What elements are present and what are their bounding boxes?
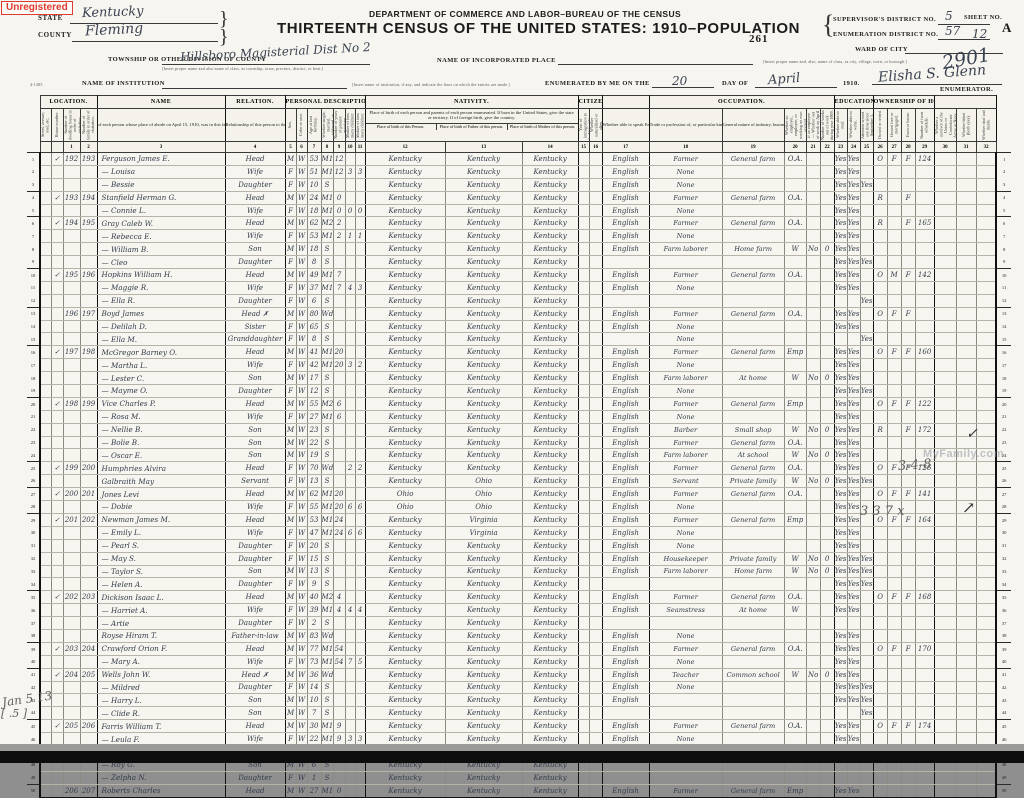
cell-attended-school (860, 346, 873, 359)
cell-farm-house (901, 165, 915, 178)
cell-birthplace: Kentucky (365, 281, 445, 294)
cell-free-mortgaged (887, 629, 901, 642)
cell-farm-schedule: 124 (915, 153, 934, 166)
line-number-right: 6 (996, 217, 1011, 230)
col-occupation-note: Trade or profession of, or particular ki… (649, 109, 722, 142)
cell-farm-schedule (915, 281, 934, 294)
cell-farm-schedule: 165 (915, 217, 934, 230)
cell-occupation: Farmer (649, 307, 722, 320)
cell-years-married: 20 (333, 359, 345, 372)
cell-house-check: ✓ (51, 488, 63, 501)
cell-occupation: None (649, 539, 722, 552)
cell-age: 15 (307, 552, 321, 565)
cell-sex: M (285, 153, 296, 166)
cell-can-read: Yes (834, 501, 847, 514)
cell-can-read: Yes (834, 475, 847, 488)
census-row: 4 ✓ 193 194 Stanfield Herman G. Head M W… (27, 191, 1011, 204)
column-number (27, 142, 40, 153)
cell-farm-house (901, 204, 915, 217)
cell-employment-class: O.A. (784, 307, 806, 320)
cell-blind (956, 578, 976, 591)
cell-age: 24 (307, 191, 321, 204)
cell-deaf (976, 204, 996, 217)
cell-free-mortgaged (887, 256, 901, 269)
cell-years-married (333, 539, 345, 552)
cell-naturalized (589, 655, 602, 668)
cell-name: — Mary A. (97, 655, 225, 668)
column-number: 14 (522, 142, 578, 153)
cell-name: — Artie (97, 617, 225, 630)
supervisor-value: 5 (945, 9, 953, 23)
cell-mother-birthplace: Kentucky (522, 269, 578, 282)
census-row: 11 — Maggie R. Wife F W 37 M1 7 4 3 Kent… (27, 281, 1011, 294)
brace-bottom: } (219, 26, 229, 49)
cell-can-read: Yes (834, 204, 847, 217)
cell-marital: S (321, 475, 333, 488)
cell-children-born (345, 720, 355, 733)
cell-father-birthplace: Kentucky (445, 617, 522, 630)
cell-industry: General farm (722, 591, 784, 604)
cell-occupation: None (649, 320, 722, 333)
cell-can-write: Yes (847, 436, 860, 449)
cell-mother-birthplace: Kentucky (522, 720, 578, 733)
cell-years-married: 54 (333, 655, 345, 668)
cell-weeks-out (820, 642, 834, 655)
cell-father-birthplace: Kentucky (445, 655, 522, 668)
cell-children-living (355, 539, 365, 552)
cell-blind (956, 552, 976, 565)
cell-naturalized (589, 256, 602, 269)
cell-language: English (602, 526, 649, 539)
cell-blind (956, 720, 976, 733)
cell-out-of-work (806, 191, 820, 204)
cell-language: English (602, 565, 649, 578)
line-number-right: 39 (996, 642, 1011, 655)
cell-free-mortgaged: M (887, 269, 901, 282)
cell-race: W (296, 617, 307, 630)
cell-children-living (355, 578, 365, 591)
cell-occupation: None (649, 178, 722, 191)
line-number-left: 23 (27, 436, 40, 449)
cell-relation: Wife (225, 526, 285, 539)
cell-farm-schedule (915, 552, 934, 565)
column-number: 5 (285, 142, 296, 153)
cell-family-number (80, 501, 97, 514)
cell-father-birthplace: Kentucky (445, 153, 522, 166)
cell-children-living (355, 552, 365, 565)
cell-years-married (333, 243, 345, 256)
cell-name: Jones Levi (97, 488, 225, 501)
census-row: 5 — Connie L. Wife F W 18 M1 0 0 0 Kentu… (27, 204, 1011, 217)
cell-house-check: ✓ (51, 462, 63, 475)
cell-dwelling-number (63, 333, 80, 346)
cell-years-married: 12 (333, 153, 345, 166)
cell-occupation (649, 707, 722, 720)
cell-can-read: Yes (834, 539, 847, 552)
cell-language: English (602, 436, 649, 449)
line-number-right: 15 (996, 333, 1011, 346)
cell-family-number (80, 707, 97, 720)
cell-free-mortgaged (887, 165, 901, 178)
cell-industry: General farm (722, 269, 784, 282)
cell-children-born: 4 (345, 281, 355, 294)
cell-can-read (834, 294, 847, 307)
cell-occupation: None (649, 526, 722, 539)
cell-years-married: 7 (333, 281, 345, 294)
cell-blind (956, 591, 976, 604)
cell-house-check (51, 333, 63, 346)
cell-employment-class: Emp (784, 513, 806, 526)
cell-age: 36 (307, 668, 321, 681)
cell-dwelling-number (63, 694, 80, 707)
cell-sex: F (285, 655, 296, 668)
cell-veteran (934, 539, 956, 552)
cell-name: Newman James M. (97, 513, 225, 526)
cell-children-living (355, 436, 365, 449)
cell-mother-birthplace: Kentucky (522, 243, 578, 256)
cell-farm-schedule: 141 (915, 488, 934, 501)
cell-sex: M (285, 397, 296, 410)
line-number-right: 33 (996, 565, 1011, 578)
cell-father-birthplace: Kentucky (445, 165, 522, 178)
cell-deaf (976, 565, 996, 578)
cell-out-of-work (806, 604, 820, 617)
cell-street (40, 655, 51, 668)
cell-name: — Ella R. (97, 294, 225, 307)
cell-relation: Head (225, 346, 285, 359)
cell-children-born (345, 488, 355, 501)
cell-birthplace: Kentucky (365, 423, 445, 436)
cell-language: English (602, 513, 649, 526)
cell-family-number (80, 294, 97, 307)
cell-children-living (355, 565, 365, 578)
cell-mother-birthplace: Kentucky (522, 372, 578, 385)
cell-language: English (602, 230, 649, 243)
cell-years-married (333, 294, 345, 307)
cell-weeks-out (820, 488, 834, 501)
cell-industry: General farm (722, 346, 784, 359)
cell-can-write: Yes (847, 565, 860, 578)
column-number: 24 (847, 142, 860, 153)
cell-children-living (355, 629, 365, 642)
cell-free-mortgaged (887, 359, 901, 372)
cell-naturalized (589, 436, 602, 449)
cell-father-birthplace: Kentucky (445, 668, 522, 681)
cell-veteran (934, 178, 956, 191)
cell-out-of-work (806, 320, 820, 333)
cell-street (40, 436, 51, 449)
cell-father-birthplace: Kentucky (445, 256, 522, 269)
cell-immigration-year (578, 346, 589, 359)
cell-owned-rented: O (873, 720, 887, 733)
cell-employment-class (784, 165, 806, 178)
cell-race: W (296, 604, 307, 617)
cell-birthplace: Kentucky (365, 668, 445, 681)
line-number-left: 15 (27, 333, 40, 346)
cell-immigration-year (578, 372, 589, 385)
cell-children-living (355, 243, 365, 256)
cell-farm-house (901, 604, 915, 617)
cell-employment-class: O.A. (784, 153, 806, 166)
cell-language: English (602, 501, 649, 514)
cell-weeks-out (820, 526, 834, 539)
cell-name: — William B. (97, 243, 225, 256)
cell-occupation (649, 617, 722, 630)
cell-immigration-year (578, 617, 589, 630)
cell-sex: F (285, 204, 296, 217)
cell-birthplace: Kentucky (365, 642, 445, 655)
cell-can-read: Yes (834, 217, 847, 230)
cell-years-married (333, 449, 345, 462)
cell-can-write: Yes (847, 256, 860, 269)
cell-can-write: Yes (847, 423, 860, 436)
cell-farm-house: F (901, 591, 915, 604)
cell-occupation: None (649, 333, 722, 346)
cell-veteran (934, 294, 956, 307)
cell-mother-birthplace: Kentucky (522, 191, 578, 204)
cell-language: English (602, 178, 649, 191)
cell-children-born (345, 397, 355, 410)
cell-house-check: ✓ (51, 397, 63, 410)
cell-veteran (934, 655, 956, 668)
cell-sex: F (285, 578, 296, 591)
cell-can-write: Yes (847, 591, 860, 604)
cell-attended-school: Yes (860, 681, 873, 694)
cell-can-read: Yes (834, 153, 847, 166)
cell-owned-rented (873, 385, 887, 398)
cell-can-read: Yes (834, 423, 847, 436)
cell-marital: M1 (321, 720, 333, 733)
cell-father-birthplace: Kentucky (445, 397, 522, 410)
month-line (755, 87, 837, 88)
cell-mother-birthplace: Kentucky (522, 359, 578, 372)
cell-age: 77 (307, 642, 321, 655)
cell-children-living (355, 320, 365, 333)
cell-owned-rented: O (873, 591, 887, 604)
cell-immigration-year (578, 539, 589, 552)
cell-years-married: 24 (333, 526, 345, 539)
cell-farm-house (901, 333, 915, 346)
cell-can-write: Yes (847, 165, 860, 178)
cell-children-born (345, 256, 355, 269)
cell-relation: Daughter (225, 294, 285, 307)
cell-race: W (296, 320, 307, 333)
cell-father-birthplace: Kentucky (445, 462, 522, 475)
margin-cell (27, 109, 40, 142)
cell-birthplace: Kentucky (365, 307, 445, 320)
col-dwelling: Number of dwelling house in order of vis… (63, 109, 80, 142)
cell-attended-school: Yes (860, 333, 873, 346)
cell-children-living (355, 333, 365, 346)
cell-owned-rented (873, 617, 887, 630)
col-immigration: Year of immigration to the United States… (578, 109, 589, 142)
cell-occupation: Farmer (649, 488, 722, 501)
cell-children-living (355, 191, 365, 204)
cell-veteran (934, 230, 956, 243)
cell-can-write: Yes (847, 668, 860, 681)
cell-can-read: Yes (834, 307, 847, 320)
cell-race: W (296, 410, 307, 423)
cell-family-number: 200 (80, 462, 97, 475)
cell-employment-class (784, 681, 806, 694)
cell-farm-house (901, 281, 915, 294)
cell-immigration-year (578, 578, 589, 591)
cell-street (40, 449, 51, 462)
cell-language: English (602, 269, 649, 282)
cell-marital: M1 (321, 526, 333, 539)
cell-out-of-work (806, 436, 820, 449)
cell-employment-class (784, 707, 806, 720)
cell-family-number (80, 681, 97, 694)
cell-can-write: Yes (847, 539, 860, 552)
cell-farm-schedule (915, 526, 934, 539)
line-number-left: 26 (27, 475, 40, 488)
cell-father-birthplace: Kentucky (445, 720, 522, 733)
column-number: 32 (976, 142, 996, 153)
cell-immigration-year (578, 681, 589, 694)
cell-age: 8 (307, 333, 321, 346)
col-nativity-note: Place of birth of each person and parent… (365, 109, 578, 142)
cell-sex: F (285, 462, 296, 475)
cell-street (40, 217, 51, 230)
line-number-left: 32 (27, 552, 40, 565)
cell-father-birthplace: Kentucky (445, 410, 522, 423)
cell-can-read: Yes (834, 681, 847, 694)
line-number-left: 44 (27, 707, 40, 720)
line-number-right: 16 (996, 346, 1011, 359)
cell-language: English (602, 243, 649, 256)
cell-veteran (934, 410, 956, 423)
cell-birthplace: Kentucky (365, 397, 445, 410)
cell-can-read: Yes (834, 165, 847, 178)
cell-race: W (296, 153, 307, 166)
cell-out-of-work (806, 269, 820, 282)
line-number-left: 9 (27, 256, 40, 269)
cell-out-of-work (806, 333, 820, 346)
cell-name: — Harry L. (97, 694, 225, 707)
cell-marital: M1 (321, 204, 333, 217)
cell-farm-house (901, 681, 915, 694)
cell-industry (722, 629, 784, 642)
cell-blind (956, 655, 976, 668)
cell-free-mortgaged: F (887, 720, 901, 733)
cell-family-number (80, 423, 97, 436)
cell-industry: General farm (722, 462, 784, 475)
cell-deaf (976, 230, 996, 243)
column-number: 15 (578, 142, 589, 153)
cell-relation: Granddaughter (225, 333, 285, 346)
cell-naturalized (589, 217, 602, 230)
supervisor-label: SUPERVISOR'S DISTRICT NO. (833, 16, 936, 23)
cell-employment-class: O.A. (784, 720, 806, 733)
cell-house-check (51, 281, 63, 294)
cell-naturalized (589, 604, 602, 617)
cell-farm-schedule: 142 (915, 269, 934, 282)
cell-weeks-out: 0 (820, 372, 834, 385)
cell-language: English (602, 217, 649, 230)
column-number: 16 (589, 142, 602, 153)
cell-sex: F (285, 359, 296, 372)
cell-veteran (934, 423, 956, 436)
cell-marital: M1 (321, 165, 333, 178)
cell-relation: Son (225, 565, 285, 578)
cell-naturalized (589, 307, 602, 320)
census-row: 40 — Mary A. Wife F W 73 M1 54 7 5 Kentu… (27, 655, 1011, 668)
cell-relation: Servant (225, 475, 285, 488)
cell-can-read: Yes (834, 488, 847, 501)
cell-name: — Oscar E. (97, 449, 225, 462)
cell-attended-school (860, 307, 873, 320)
census-row: 12 — Ella R. Daughter F W 6 S Kentucky K… (27, 294, 1011, 307)
cell-blind (956, 346, 976, 359)
cell-age: 47 (307, 526, 321, 539)
cell-weeks-out (820, 230, 834, 243)
cell-immigration-year (578, 307, 589, 320)
cell-language: English (602, 153, 649, 166)
cell-family-number: 204 (80, 642, 97, 655)
cell-sex: M (285, 307, 296, 320)
cell-blind (956, 153, 976, 166)
cell-free-mortgaged: F (887, 591, 901, 604)
cell-farm-house: F (901, 269, 915, 282)
cell-occupation: None (649, 385, 722, 398)
column-number (51, 142, 63, 153)
cell-birthplace: Kentucky (365, 333, 445, 346)
cell-street (40, 307, 51, 320)
cell-blind (956, 307, 976, 320)
cell-free-mortgaged (887, 333, 901, 346)
cell-birthplace: Kentucky (365, 513, 445, 526)
col-blind: Whether blind (both eyes). (956, 109, 976, 142)
cell-deaf (976, 513, 996, 526)
cell-dwelling-number (63, 256, 80, 269)
cell-age: 62 (307, 488, 321, 501)
cell-children-living: 1 (355, 230, 365, 243)
cell-street (40, 269, 51, 282)
cell-dwelling-number: 192 (63, 153, 80, 166)
cell-children-living (355, 410, 365, 423)
cell-years-married (333, 565, 345, 578)
cell-industry (722, 385, 784, 398)
census-row: 8 — William B. Son M W 18 S Kentucky Ken… (27, 243, 1011, 256)
cell-marital: Wd (321, 462, 333, 475)
line-number-right: 32 (996, 552, 1011, 565)
cell-blind (956, 269, 976, 282)
cell-age: 83 (307, 629, 321, 642)
cell-deaf (976, 694, 996, 707)
cell-owned-rented: O (873, 642, 887, 655)
line-number-right: 13 (996, 307, 1011, 320)
cell-farm-house (901, 565, 915, 578)
cell-deaf (976, 501, 996, 514)
cell-industry: General farm (722, 191, 784, 204)
census-row: 44 — Clide R. Son M W 7 S Kentucky Kentu… (27, 707, 1011, 720)
cell-naturalized (589, 462, 602, 475)
cell-naturalized (589, 552, 602, 565)
cell-marital: Wd (321, 668, 333, 681)
line-number-right: 3 (996, 178, 1011, 191)
cell-language (602, 707, 649, 720)
cell-race: W (296, 565, 307, 578)
cell-immigration-year (578, 501, 589, 514)
cell-years-married: 12 (333, 165, 345, 178)
cell-mother-birthplace: Kentucky (522, 346, 578, 359)
cell-deaf (976, 397, 996, 410)
cell-name: Boyd James (97, 307, 225, 320)
cell-children-living (355, 423, 365, 436)
cell-sex: M (285, 513, 296, 526)
cell-children-living (355, 178, 365, 191)
